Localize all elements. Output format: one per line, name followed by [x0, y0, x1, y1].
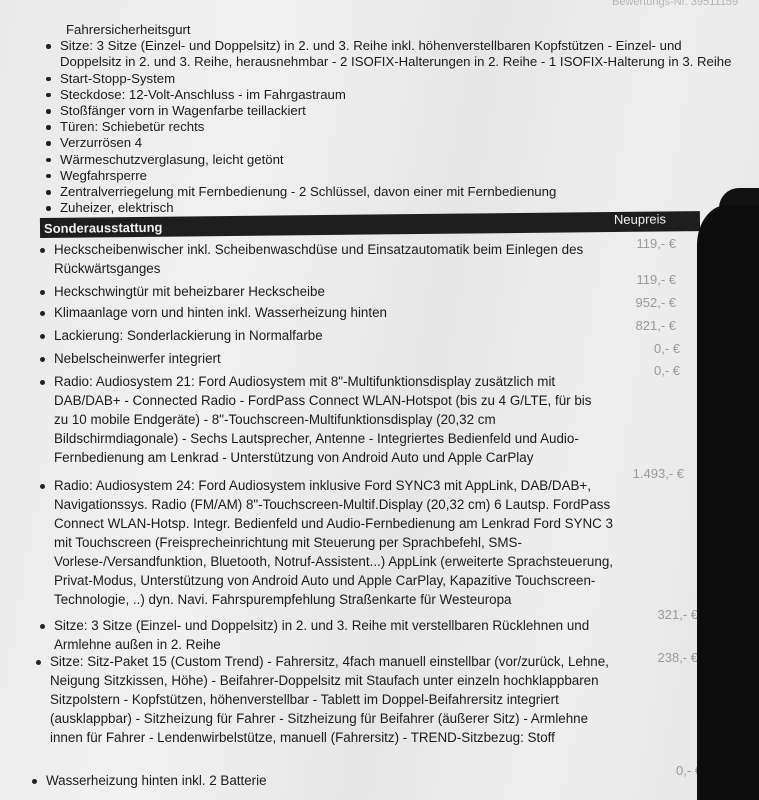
- optional-item: Radio: Audiosystem 24: Ford Audiosystem …: [34, 476, 614, 609]
- document-page: Bewertungs-Nr. 39511159 Fahrersicherheit…: [0, 0, 759, 800]
- optional-item: Nebelscheinwerfer integriert: [34, 349, 604, 368]
- item-text: Wasserheizung hinten inkl. 2 Batterie: [26, 771, 596, 790]
- item-price: 1.493,- €: [594, 466, 684, 481]
- list-continuation: Fahrersicherheitsgurt: [40, 22, 740, 38]
- list-item: Steckdose: 12-Volt-Anschluss - im Fahrga…: [40, 87, 740, 103]
- item-text: Heckschwingtür mit beheizbarer Heckschei…: [34, 282, 604, 301]
- hand-occlusion: [697, 205, 759, 800]
- optional-item: Heckschwingtür mit beheizbarer Heckschei…: [34, 282, 604, 301]
- price-column-header: Neupreis: [614, 211, 666, 227]
- item-price: 0,- €: [590, 363, 680, 378]
- item-text: Lackierung: Sonderlackierung in Normalfa…: [34, 326, 604, 345]
- list-item: Wärmeschutzverglasung, leicht getönt: [40, 152, 740, 168]
- section-title: Sonderausstattung: [44, 220, 163, 236]
- item-price: 238,- €: [608, 650, 698, 665]
- list-item: Sitze: 3 Sitze (Einzel- und Doppelsitz) …: [40, 38, 740, 70]
- item-price: 952,- €: [586, 295, 676, 310]
- optional-item: Lackierung: Sonderlackierung in Normalfa…: [34, 326, 604, 345]
- item-text: Sitze: Sitz-Paket 15 (Custom Trend) - Fa…: [30, 652, 615, 747]
- standard-equipment-list: Fahrersicherheitsgurt Sitze: 3 Sitze (Ei…: [40, 22, 740, 233]
- optional-item: Sitze: Sitz-Paket 15 (Custom Trend) - Fa…: [30, 652, 615, 747]
- item-text: Nebelscheinwerfer integriert: [34, 349, 604, 368]
- list-item: Wegfahrsperre: [40, 168, 740, 184]
- optional-item: Heckscheibenwischer inkl. Scheibenwaschd…: [34, 240, 604, 278]
- list-item: Zentralverriegelung mit Fernbedienung - …: [40, 184, 740, 200]
- optional-item: Sitze: 3 Sitze (Einzel- und Doppelsitz) …: [34, 616, 619, 654]
- optional-item: Klimaanlage vorn und hinten inkl. Wasser…: [34, 303, 604, 322]
- list-item: Stoßfänger vorn in Wagenfarbe teillackie…: [40, 103, 740, 119]
- list-item: Verzurrösen 4: [40, 135, 740, 151]
- list-item: Türen: Schiebetür rechts: [40, 119, 740, 135]
- item-text: Klimaanlage vorn und hinten inkl. Wasser…: [34, 303, 604, 322]
- optional-item: Wasserheizung hinten inkl. 2 Batterie: [26, 771, 596, 790]
- item-price: 821,- €: [586, 318, 676, 333]
- item-text: Heckscheibenwischer inkl. Scheibenwaschd…: [34, 240, 604, 278]
- list-item: Start-Stopp-System: [40, 71, 740, 87]
- item-text: Sitze: 3 Sitze (Einzel- und Doppelsitz) …: [34, 616, 619, 654]
- item-price: 321,- €: [608, 607, 698, 622]
- reference-number: Bewertungs-Nr. 39511159: [612, 0, 738, 8]
- item-text: Radio: Audiosystem 21: Ford Audiosystem …: [34, 372, 604, 467]
- item-text: Radio: Audiosystem 24: Ford Audiosystem …: [34, 476, 614, 609]
- item-price: 119,- €: [586, 272, 676, 287]
- item-price: 0,- €: [590, 341, 680, 356]
- optional-item: Radio: Audiosystem 21: Ford Audiosystem …: [34, 372, 604, 467]
- item-price: 0,- €: [612, 763, 702, 778]
- item-price: 119,- €: [586, 236, 676, 251]
